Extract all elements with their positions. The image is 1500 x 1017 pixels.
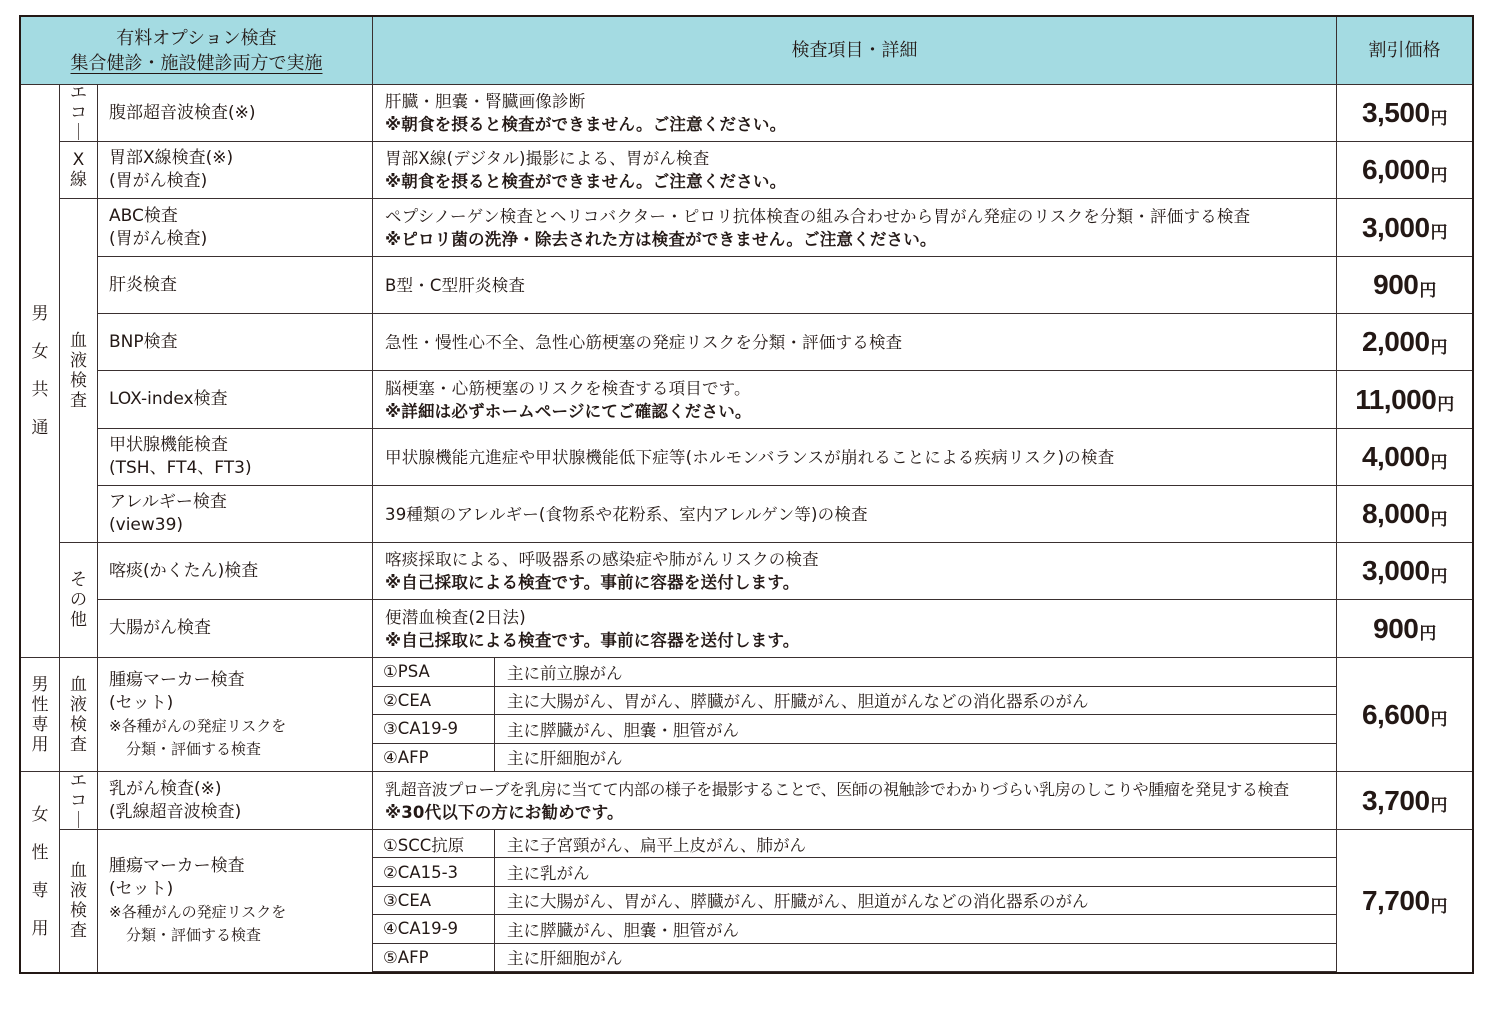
group-male: 男性専用	[21, 658, 60, 772]
marker-code-cell: ④AFP	[373, 744, 495, 773]
exam-price-cell: 3,000円	[1337, 543, 1472, 600]
exam-detail-cell: 39種類のアレルギー(食物系や花粉系、室内アレルゲン等)の検査	[373, 486, 1337, 543]
price-value: 3,700	[1362, 785, 1430, 817]
category-echo-label: エコ｜	[70, 83, 87, 143]
marker-desc-cell: 主に前立腺がん	[495, 658, 1337, 687]
exam-warning: ※自己採取による検査です。事前に容器を送付します。	[385, 629, 799, 652]
marker-desc-cell: 主に大腸がん、胃がん、膵臓がん、肝臓がん、胆道がんなどの消化器系のがん	[495, 887, 1337, 915]
female-tumor-name: 腫瘍マーカー検査	[109, 855, 286, 878]
exam-warning: ※詳細は必ずホームページにてご確認ください。	[385, 400, 752, 423]
yen-unit: 円	[1431, 705, 1448, 730]
male-tumor-price: 6,600円	[1337, 658, 1472, 772]
category-blood-label: 血液検査	[70, 331, 87, 411]
price-value: 3,000	[1362, 212, 1430, 244]
male-tumor-marker-name: 腫瘍マーカー検査 (セット) ※各種がんの発症リスクを 分類・評価する検査	[98, 658, 373, 772]
marker-code-cell: ②CEA	[373, 687, 495, 716]
yen-unit: 円	[1419, 276, 1436, 301]
category-echo: エコ｜	[60, 85, 98, 142]
exam-detail-cell: ペプシノーゲン検査とヘリコバクター・ピロリ抗体検査の組み合わせから胃がん発症のリ…	[373, 199, 1337, 257]
marker-code-cell: ⑤AFP	[373, 944, 495, 972]
exam-name: 喀痰(かくたん)検査	[109, 560, 258, 583]
exam-detail: 39種類のアレルギー(食物系や花粉系、室内アレルゲン等)の検査	[385, 503, 868, 526]
header-option-subtitle: 集合健診・施設健診両方で実施	[71, 51, 323, 76]
price-value: 6,600	[1362, 699, 1430, 731]
exam-detail-cell: 急性・慢性心不全、急性心筋梗塞の発症リスクを分類・評価する検査	[373, 314, 1337, 371]
category-blood: 血液検査	[60, 199, 98, 543]
yen-unit: 円	[1437, 390, 1454, 415]
exam-detail: B型・C型肝炎検査	[385, 274, 525, 297]
category-xray: X線	[60, 142, 98, 199]
group-common: 男女共通	[21, 85, 60, 658]
yen-unit: 円	[1431, 448, 1448, 473]
marker-desc-cell: 主に乳がん	[495, 858, 1337, 886]
category-female-echo-label: エコ｜	[70, 771, 87, 831]
marker-desc-cell: 主に子宮頸がん、扁平上皮がん、肺がん	[495, 830, 1337, 858]
exam-detail: 便潜血検査(2日法)	[385, 606, 799, 629]
yen-unit: 円	[1431, 333, 1448, 358]
exam-detail-cell: B型・C型肝炎検査	[373, 257, 1337, 314]
marker-desc-cell: 主に大腸がん、胃がん、膵臓がん、肝臓がん、胆道がんなどの消化器系のがん	[495, 687, 1337, 716]
yen-unit: 円	[1431, 562, 1448, 587]
exam-name: 胃部X線検査(※)	[109, 147, 233, 170]
group-female-label: 女性専用	[32, 796, 49, 948]
exam-price-cell: 11,000円	[1337, 371, 1472, 429]
exam-name-sub: (胃がん検査)	[109, 228, 207, 251]
marker-code-cell: ③CEA	[373, 887, 495, 915]
exam-name-cell: 胃部X線検査(※)(胃がん検査)	[98, 142, 373, 199]
yen-unit: 円	[1431, 791, 1448, 816]
breast-exam-price: 3,700円	[1337, 772, 1472, 830]
category-female-blood: 血液検査	[60, 830, 98, 972]
option-exam-price-table: 有料オプション検査 集合健診・施設健診両方で実施 検査項目・詳細 割引価格 男女…	[19, 15, 1474, 974]
category-male-blood-label: 血液検査	[70, 675, 87, 755]
exam-warning: ※朝食を摂ると検査ができません。ご注意ください。	[385, 170, 786, 193]
marker-desc: 主に子宮頸がん、扁平上皮がん、肺がん	[507, 832, 806, 856]
female-tumor-note2: 分類・評価する検査	[109, 924, 286, 947]
marker-code: ④CA19-9	[383, 919, 458, 938]
exam-detail-cell: 甲状腺機能亢進症や甲状腺機能低下症等(ホルモンバランスが崩れることによる疾病リス…	[373, 429, 1337, 486]
price-value: 7,700	[1362, 885, 1430, 917]
category-male-blood: 血液検査	[60, 658, 98, 772]
marker-desc-cell: 主に膵臓がん、胆嚢・胆管がん	[495, 715, 1337, 744]
exam-detail-cell: 胃部X線(デジタル)撮影による、胃がん検査※朝食を摂ると検査ができません。ご注意…	[373, 142, 1337, 199]
marker-desc: 主に膵臓がん、胆嚢・胆管がん	[507, 717, 739, 741]
male-tumor-note1: ※各種がんの発症リスクを	[109, 715, 286, 738]
exam-warning: ※ピロリ菌の洗浄・除去された方は検査ができません。ご注意ください。	[385, 228, 1250, 251]
breast-exam-detail: 乳超音波プローブを乳房に当てて内部の様子を撮影することで、医師の視触診でわかりづ…	[373, 772, 1337, 830]
yen-unit: 円	[1431, 218, 1448, 243]
marker-code: ②CA15-3	[383, 863, 458, 882]
marker-desc: 主に大腸がん、胃がん、膵臓がん、肝臓がん、胆道がんなどの消化器系のがん	[507, 688, 1088, 712]
breast-exam-name1: 乳がん検査(※)	[109, 778, 241, 801]
yen-unit: 円	[1431, 892, 1448, 917]
category-other-label: その他	[70, 570, 87, 630]
group-female: 女性専用	[21, 772, 60, 972]
exam-name-cell: 肝炎検査	[98, 257, 373, 314]
price-value: 4,000	[1362, 441, 1430, 473]
exam-name-sub: (胃がん検査)	[109, 170, 233, 193]
breast-exam-name: 乳がん検査(※) (乳線超音波検査)	[98, 772, 373, 830]
exam-name: 大腸がん検査	[109, 617, 211, 640]
exam-price-cell: 4,000円	[1337, 429, 1472, 486]
price-value: 6,000	[1362, 154, 1430, 186]
yen-unit: 円	[1431, 505, 1448, 530]
exam-name: BNP検査	[109, 331, 178, 354]
exam-price-cell: 6,000円	[1337, 142, 1472, 199]
exam-name: LOX-index検査	[109, 388, 228, 411]
marker-desc: 主に膵臓がん、胆嚢・胆管がん	[507, 917, 739, 941]
female-tumor-name2: (セット)	[109, 878, 286, 901]
marker-desc: 主に乳がん	[507, 860, 590, 884]
exam-detail-cell: 脳梗塞・心筋梗塞のリスクを検査する項目です。※詳細は必ずホームページにてご確認く…	[373, 371, 1337, 429]
marker-code: ③CA19-9	[383, 719, 458, 738]
exam-name: ABC検査	[109, 205, 207, 228]
breast-exam-warning: ※30代以下の方にお勧めです。	[385, 801, 1289, 824]
yen-unit: 円	[1431, 161, 1448, 186]
exam-detail: 喀痰採取による、呼吸器系の感染症や肺がんリスクの検査	[385, 548, 819, 571]
header-price: 割引価格	[1337, 17, 1472, 85]
category-female-echo: エコ｜	[60, 772, 98, 830]
header-details-label: 検査項目・詳細	[792, 38, 918, 63]
header-option-exams: 有料オプション検査 集合健診・施設健診両方で実施	[21, 17, 373, 85]
female-tumor-marker-name: 腫瘍マーカー検査 (セット) ※各種がんの発症リスクを 分類・評価する検査	[98, 830, 373, 972]
exam-name-cell: ABC検査(胃がん検査)	[98, 199, 373, 257]
exam-warning: ※自己採取による検査です。事前に容器を送付します。	[385, 571, 819, 594]
female-tumor-note1: ※各種がんの発症リスクを	[109, 901, 286, 924]
marker-desc: 主に大腸がん、胃がん、膵臓がん、肝臓がん、胆道がんなどの消化器系のがん	[507, 888, 1088, 912]
yen-unit: 円	[1419, 619, 1436, 644]
exam-name-cell: 腹部超音波検査(※)	[98, 85, 373, 142]
exam-name-cell: アレルギー検査(view39)	[98, 486, 373, 543]
marker-desc: 主に肝細胞がん	[507, 745, 623, 769]
exam-detail-cell: 喀痰採取による、呼吸器系の感染症や肺がんリスクの検査※自己採取による検査です。事…	[373, 543, 1337, 600]
price-value: 3,500	[1362, 97, 1430, 129]
price-value: 2,000	[1362, 326, 1430, 358]
marker-code: ①SCC抗原	[383, 832, 464, 856]
yen-unit: 円	[1431, 104, 1448, 129]
male-tumor-note2: 分類・評価する検査	[109, 738, 286, 761]
marker-desc: 主に前立腺がん	[507, 660, 623, 684]
marker-code: ④AFP	[383, 748, 429, 767]
price-value: 900	[1373, 613, 1418, 645]
exam-detail: 甲状腺機能亢進症や甲状腺機能低下症等(ホルモンバランスが崩れることによる疾病リス…	[385, 446, 1114, 469]
exam-name-cell: 甲状腺機能検査(TSH、FT4、FT3)	[98, 429, 373, 486]
exam-detail-cell: 便潜血検査(2日法)※自己採取による検査です。事前に容器を送付します。	[373, 600, 1337, 658]
marker-code-cell: ④CA19-9	[373, 915, 495, 943]
exam-name: アレルギー検査	[109, 491, 227, 514]
marker-code-cell: ①PSA	[373, 658, 495, 687]
marker-desc-cell: 主に膵臓がん、胆嚢・胆管がん	[495, 915, 1337, 943]
group-male-label: 男性専用	[32, 675, 49, 755]
category-female-blood-label: 血液検査	[70, 861, 87, 941]
exam-price-cell: 900円	[1337, 600, 1472, 658]
marker-code: ⑤AFP	[383, 948, 429, 967]
header-price-label: 割引価格	[1369, 38, 1441, 63]
breast-exam-name2: (乳線超音波検査)	[109, 801, 241, 824]
exam-price-cell: 8,000円	[1337, 486, 1472, 543]
exam-detail: ペプシノーゲン検査とヘリコバクター・ピロリ抗体検査の組み合わせから胃がん発症のリ…	[385, 205, 1250, 228]
exam-price-cell: 3,000円	[1337, 199, 1472, 257]
exam-detail: 脳梗塞・心筋梗塞のリスクを検査する項目です。	[385, 377, 752, 400]
exam-price-cell: 3,500円	[1337, 85, 1472, 142]
exam-price-cell: 2,000円	[1337, 314, 1472, 371]
price-value: 900	[1373, 269, 1418, 301]
exam-name: 甲状腺機能検査	[109, 434, 252, 457]
exam-detail: 急性・慢性心不全、急性心筋梗塞の発症リスクを分類・評価する検査	[385, 331, 902, 354]
breast-exam-detail-text: 乳超音波プローブを乳房に当てて内部の様子を撮影することで、医師の視触診でわかりづ…	[385, 778, 1289, 801]
marker-desc-cell: 主に肝細胞がん	[495, 944, 1337, 972]
exam-name-cell: LOX-index検査	[98, 371, 373, 429]
group-common-label: 男女共通	[32, 295, 49, 447]
exam-name-sub: (view39)	[109, 514, 227, 537]
exam-name: 肝炎検査	[109, 274, 177, 297]
price-value: 11,000	[1355, 384, 1436, 416]
exam-detail-cell: 肝臓・胆嚢・腎臓画像診断※朝食を摂ると検査ができません。ご注意ください。	[373, 85, 1337, 142]
female-tumor-price: 7,700円	[1337, 830, 1472, 972]
category-other: その他	[60, 543, 98, 658]
marker-code: ①PSA	[383, 662, 430, 681]
price-value: 8,000	[1362, 498, 1430, 530]
male-tumor-name2: (セット)	[109, 692, 286, 715]
male-tumor-name: 腫瘍マーカー検査	[109, 669, 286, 692]
exam-detail: 肝臓・胆嚢・腎臓画像診断	[385, 90, 786, 113]
exam-name-cell: 大腸がん検査	[98, 600, 373, 658]
exam-name-cell: BNP検査	[98, 314, 373, 371]
marker-code: ②CEA	[383, 691, 431, 710]
marker-desc-cell: 主に肝細胞がん	[495, 744, 1337, 773]
header-option-title: 有料オプション検査	[71, 26, 323, 51]
exam-name-cell: 喀痰(かくたん)検査	[98, 543, 373, 600]
exam-name: 腹部超音波検査(※)	[109, 102, 256, 125]
marker-code-cell: ①SCC抗原	[373, 830, 495, 858]
exam-price-cell: 900円	[1337, 257, 1472, 314]
marker-code-cell: ②CA15-3	[373, 858, 495, 886]
exam-warning: ※朝食を摂ると検査ができません。ご注意ください。	[385, 113, 786, 136]
marker-code-cell: ③CA19-9	[373, 715, 495, 744]
category-xray-label: X線	[70, 150, 87, 190]
marker-desc: 主に肝細胞がん	[507, 945, 623, 969]
marker-code: ③CEA	[383, 891, 431, 910]
price-value: 3,000	[1362, 555, 1430, 587]
exam-detail: 胃部X線(デジタル)撮影による、胃がん検査	[385, 147, 786, 170]
header-details: 検査項目・詳細	[373, 17, 1337, 85]
exam-name-sub: (TSH、FT4、FT3)	[109, 457, 252, 480]
